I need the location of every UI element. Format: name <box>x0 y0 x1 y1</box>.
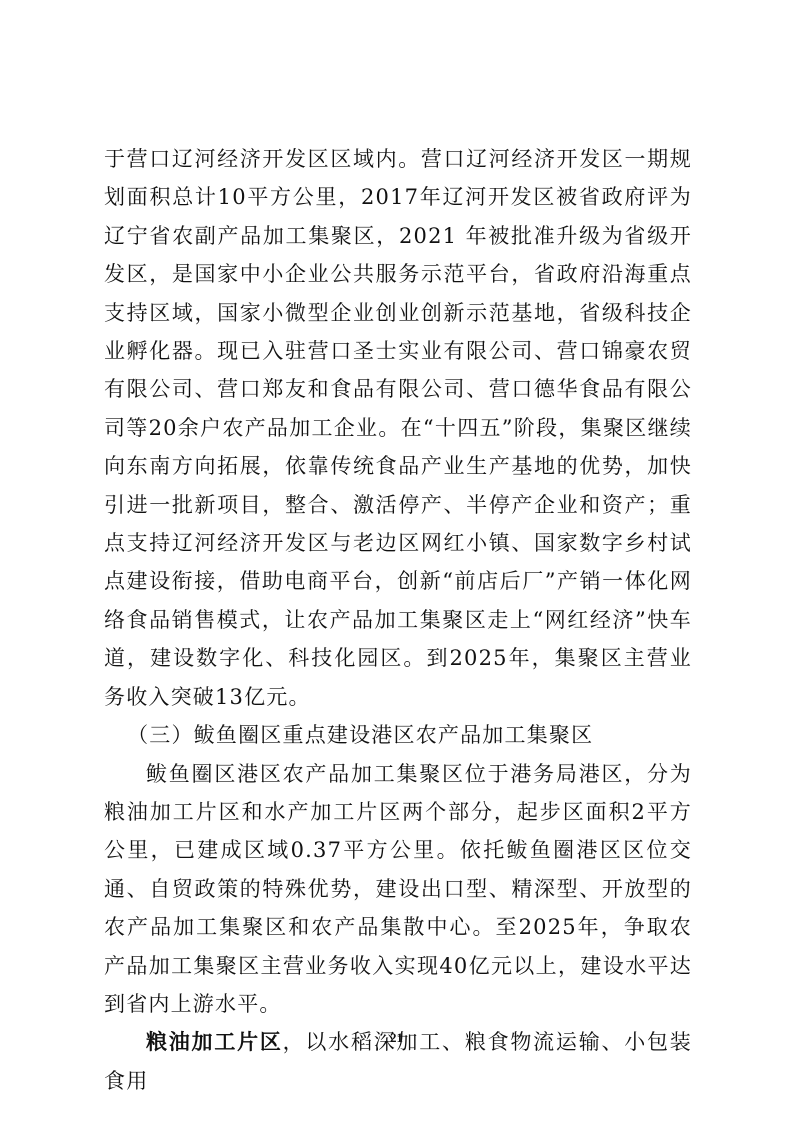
document-body: 于营口辽河经济开发区区域内。营口辽河经济开发区一期规划面积总计10平方公里，20… <box>104 140 692 1100</box>
paragraph-bayuquan-zone: 鲅鱼圈区港区农产品加工集聚区位于港务局港区，分为粮油加工片区和水产加工片区两个部… <box>104 755 692 1024</box>
section-heading-bayuquan: （三）鲅鱼圈区重点建设港区农产品加工集聚区 <box>104 716 692 754</box>
page-number: 21 <box>0 1030 793 1046</box>
paragraph-liaohe-zone: 于营口辽河经济开发区区域内。营口辽河经济开发区一期规划面积总计10平方公里，20… <box>104 140 692 716</box>
